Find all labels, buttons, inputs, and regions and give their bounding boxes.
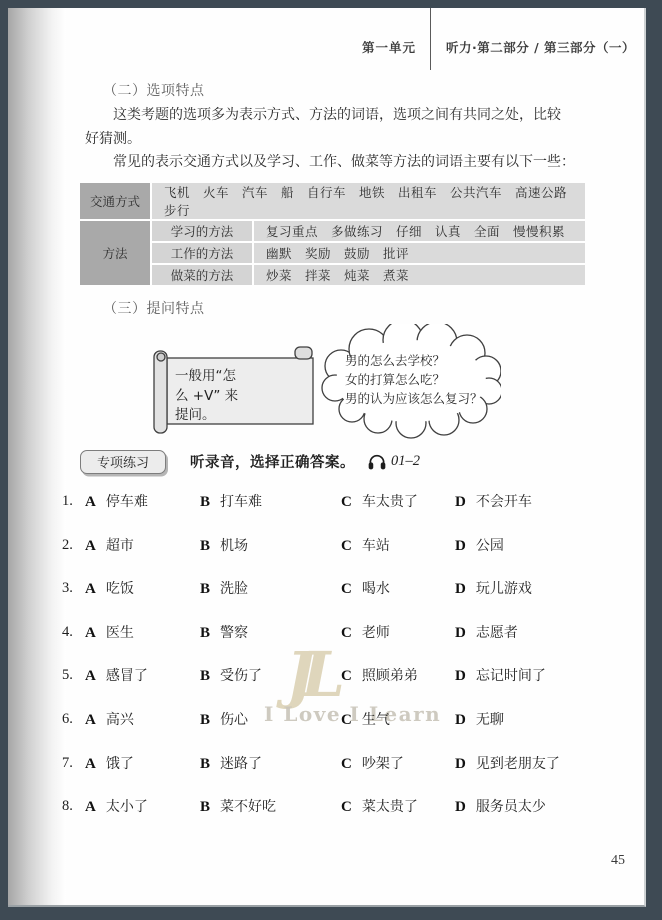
book-frame: 第一单元 听力·第二部分 / 第三部分（一） （二）选项特点 这类考题的选项多为… [0, 0, 662, 920]
question-number: 5. [62, 663, 73, 687]
option-a: A太小了 [85, 794, 148, 819]
question-list: 1. A停车难 B打车难 C车太贵了 D不会开车 2. A超市 B机场 C车站 … [8, 489, 646, 838]
paragraph-line: 这类考题的选项多为表示方式、方法的词语，选项之间有共同之处，比较 [85, 104, 609, 128]
table-sublabel-cook: 做菜的方法 [152, 265, 252, 285]
question-number: 6. [62, 707, 73, 731]
question-row-2: 2. A超市 B机场 C车站 D公园 [8, 533, 646, 557]
option-c: C照顾弟弟 [341, 663, 418, 688]
audio-track-number: 01–2 [391, 453, 420, 470]
section-3-title: （三）提问特点 [103, 298, 205, 318]
option-c: C菜太贵了 [341, 794, 418, 819]
paragraph-line: 好猜测。 [85, 128, 609, 152]
question-number: 1. [62, 489, 73, 513]
option-d: D公园 [455, 533, 504, 558]
option-a: A停车难 [85, 489, 148, 514]
option-b: B菜不好吃 [200, 794, 276, 819]
question-row-7: 7. A饿了 B迷路了 C吵架了 D见到老朋友了 [8, 751, 646, 775]
question-row-8: 8. A太小了 B菜不好吃 C菜太贵了 D服务员太少 [8, 794, 646, 818]
option-c: C车太贵了 [341, 489, 418, 514]
question-number: 7. [62, 751, 73, 775]
option-a: A医生 [85, 620, 134, 645]
option-d: D志愿者 [455, 620, 518, 645]
headphone-icon [367, 452, 387, 471]
section-2-title: （二）选项特点 [103, 80, 205, 100]
paragraph-line: 常见的表示交通方式以及学习、工作、做菜等方法的词语主要有以下一些： [85, 151, 609, 175]
cloud-text-line: 男的怎么去学校？ [345, 353, 445, 368]
scroll-text-line: 提问。 [175, 406, 216, 423]
option-a: A高兴 [85, 707, 134, 732]
scroll-and-cloud-illustration: 一般用“怎 么 +V” 来 提问。 [145, 324, 501, 442]
header-section-title: 听力·第二部分 / 第三部分（一） [446, 38, 635, 56]
question-number: 3. [62, 576, 73, 600]
intro-paragraphs: 这类考题的选项多为表示方式、方法的词语，选项之间有共同之处，比较 好猜测。 常见… [85, 104, 609, 175]
exercise-line: 专项练习 听录音，选择正确答案。 01–2 [80, 449, 420, 474]
option-b: B迷路了 [200, 751, 262, 776]
vocabulary-table: 交通方式 飞机 火车 汽车 船 自行车 地铁 出租车 公共汽车 高速公路 步行 … [80, 183, 585, 285]
question-number: 8. [62, 794, 73, 818]
option-d: D无聊 [455, 707, 504, 732]
option-d: D玩儿游戏 [455, 576, 532, 601]
option-c: C喝水 [341, 576, 390, 601]
option-d: D见到老朋友了 [455, 751, 560, 776]
option-a: A饿了 [85, 751, 134, 776]
option-d: D不会开车 [455, 489, 532, 514]
option-a: A超市 [85, 533, 134, 558]
question-row-5: 5. A感冒了 B受伤了 C照顾弟弟 D忘记时间了 [8, 663, 646, 687]
table-sublabel-work: 工作的方法 [152, 243, 252, 263]
option-c: C生气 [341, 707, 390, 732]
page: 第一单元 听力·第二部分 / 第三部分（一） （二）选项特点 这类考题的选项多为… [8, 8, 646, 907]
table-header-transport: 交通方式 [80, 183, 150, 219]
table-content-work: 幽默 奖励 鼓励 批评 [254, 243, 585, 263]
cloud-text-line: 女的打算怎么吃？ [345, 372, 445, 387]
page-number: 45 [600, 853, 636, 869]
audio-track: 01–2 [367, 452, 420, 471]
option-a: A吃饭 [85, 576, 134, 601]
option-b: B受伤了 [200, 663, 262, 688]
header-unit: 第一单元 [308, 38, 416, 56]
table-content-cook: 炒菜 拌菜 炖菜 煮菜 [254, 265, 585, 285]
table-content-study: 复习重点 多做练习 仔细 认真 全面 慢慢积累 [254, 221, 585, 241]
exercise-instruction: 听录音，选择正确答案。 [190, 451, 355, 472]
question-row-4: 4. A医生 B警察 C老师 D志愿者 [8, 620, 646, 644]
option-d: D忘记时间了 [455, 663, 546, 688]
option-c: C车站 [341, 533, 390, 558]
question-number: 2. [62, 533, 73, 557]
question-number: 4. [62, 620, 73, 644]
option-b: B机场 [200, 533, 248, 558]
question-row-3: 3. A吃饭 B洗脸 C喝水 D玩儿游戏 [8, 576, 646, 600]
option-b: B警察 [200, 620, 248, 645]
option-c: C吵架了 [341, 751, 404, 776]
option-c: C老师 [341, 620, 390, 645]
option-b: B洗脸 [200, 576, 248, 601]
exercise-badge: 专项练习 [80, 450, 166, 474]
table-content-transport: 飞机 火车 汽车 船 自行车 地铁 出租车 公共汽车 高速公路 步行 [152, 183, 585, 219]
scroll-text-line: 一般用“怎 [175, 368, 236, 384]
option-a: A感冒了 [85, 663, 148, 688]
table-sublabel-study: 学习的方法 [152, 221, 252, 241]
option-b: B打车难 [200, 489, 262, 514]
scroll-text-line: 么 +V” 来 [175, 387, 239, 404]
cloud-text-line: 男的认为应该怎么复习？ [345, 391, 483, 406]
question-row-6: 6. A高兴 B伤心 C生气 D无聊 [8, 707, 646, 731]
header-divider [430, 8, 431, 70]
option-d: D服务员太少 [455, 794, 546, 819]
question-row-1: 1. A停车难 B打车难 C车太贵了 D不会开车 [8, 489, 646, 513]
option-b: B伤心 [200, 707, 248, 732]
table-header-method: 方法 [80, 221, 150, 285]
